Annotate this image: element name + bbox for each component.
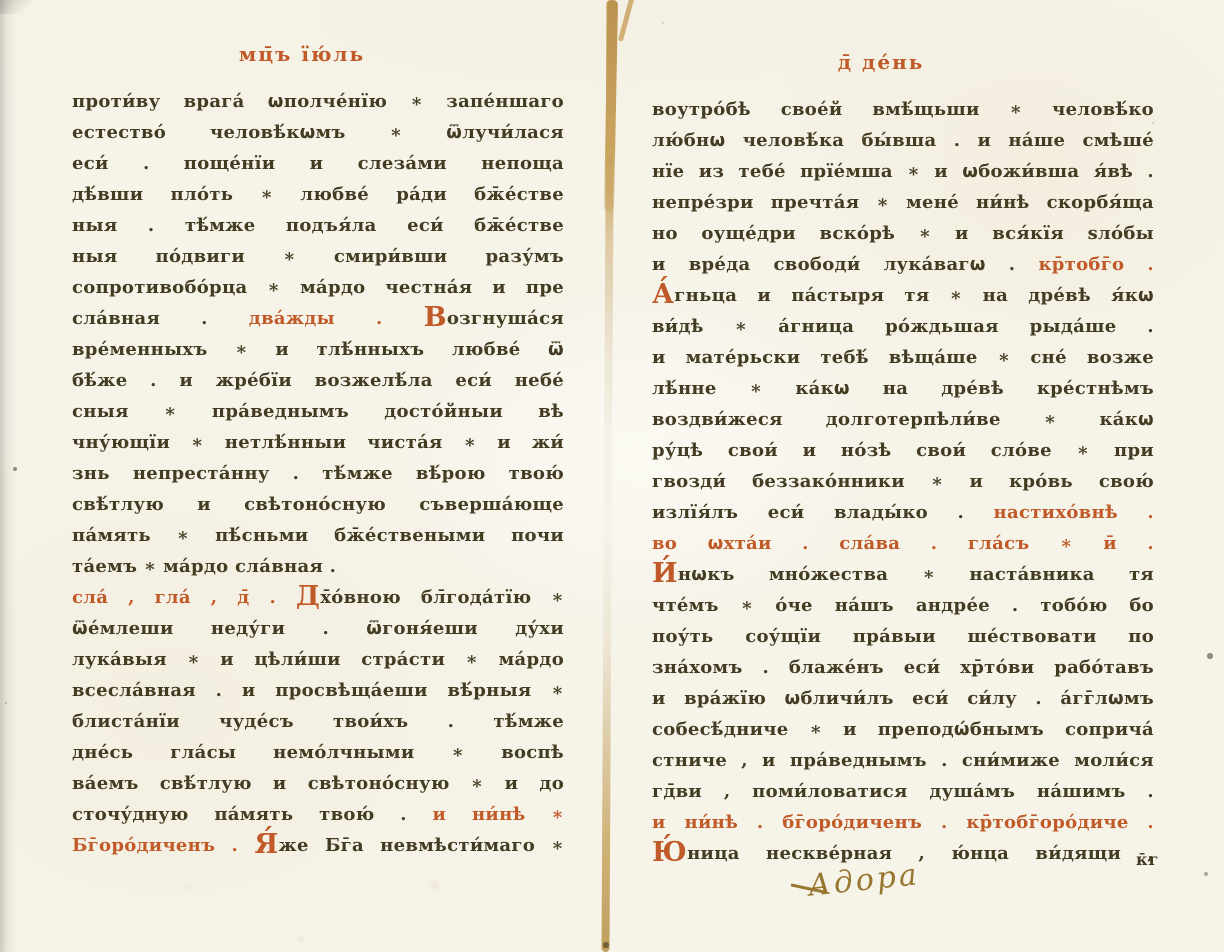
text-line: дѣ́вши пло́ть ∗ любве́ ра́ди бж̄е́стве: [72, 179, 564, 210]
text-line: естество́ человѣ́кѡмъ ∗ ѿлучи́лася: [72, 117, 564, 148]
paper-specks: [0, 0, 2, 2]
binding-crease-fork: [618, 0, 635, 42]
body-text: чте́мъ ∗ о́че на́шъ андре́е . тобо́ю бо: [652, 595, 1154, 616]
body-text: чну́ющїи ∗ нетлѣ́нныи чиста́я ∗ и жи́: [72, 432, 564, 453]
body-text: знь непреста́нну . тѣ́мже вѣ́рою твою́: [72, 463, 564, 484]
rubric-text: настихо́внѣ .: [994, 502, 1154, 523]
rubric-text: во ѡхта́и . сла́ва . гла́съ ∗ ӣ .: [652, 533, 1154, 554]
text-line: всесла́вная . и просвѣща́еши вѣ́рныя ∗: [72, 675, 564, 706]
body-text: па́мять ∗ пѣ́сньми бж̄е́ствеными почи: [72, 525, 564, 546]
rubric-initial: Д: [296, 581, 320, 612]
body-text: собесѣ́дниче ∗ и преподѡ́бнымъ соприча́: [652, 719, 1154, 740]
rubric-initial: Я́: [254, 829, 278, 860]
body-text: естество́ человѣ́кѡмъ ∗ ѿлучи́лася: [72, 122, 564, 143]
body-text: лука́выя ∗ и цѣли́ши стра́сти ∗ ма́рдо: [72, 649, 564, 670]
body-text: ва́емъ свѣ́тлую и свѣтоно́сную ∗ и до: [72, 773, 564, 794]
body-text: и вра́жїю ѡбличи́лъ еси́ си́лу . а́гг̄лѡ…: [652, 688, 1154, 709]
rubric-text: Бг̄оро́диченъ .: [72, 835, 254, 856]
right-page: д̄ де́нь воутро́бѣ свое́й вмѣ́щьши ∗ чел…: [652, 0, 1154, 952]
text-line: нїе из тебе́ прїе́мша ∗ и ѡбожи́вша я́вѣ…: [652, 156, 1154, 187]
left-running-head: мц̄ъ їю́ль: [56, 42, 548, 66]
text-line: дне́сь гла́сы немо́лчными ∗ воспѣ: [72, 737, 564, 768]
text-line: вре́менныхъ ∗ и тлѣ́нныхъ любве́ ѿ: [72, 334, 564, 365]
text-line: собесѣ́дниче ∗ и преподѡ́бнымъ соприча́: [652, 714, 1154, 745]
book-scan: мц̄ъ їю́ль проти́ву врага́ ѡполче́нїю ∗ …: [0, 0, 1224, 952]
body-text: та́емъ ∗ ма́рдо сла́вная .: [72, 556, 336, 577]
body-text: бѣ́же . и жре́бїи возжелѣ́ла еси́ небе́: [72, 370, 564, 391]
body-text: но оуще́дри вско́рѣ ∗ и вся́кїя ѕло́бы: [652, 223, 1154, 244]
body-text: дне́сь гла́сы немо́лчными ∗ воспѣ: [72, 742, 564, 763]
body-text: х̄о́вною бл̄года́тїю ∗: [320, 587, 564, 608]
body-text: нѡкъ мно́жества ∗ наста́вника тя: [678, 564, 1154, 585]
rubric-text: и ни́нѣ ∗: [433, 804, 564, 825]
left-text-block: проти́ву врага́ ѡполче́нїю ∗ запе́ншагое…: [72, 86, 564, 861]
text-line: и вре́да свободи́ лука́вагѡ . кр̄тобг̄о …: [652, 249, 1154, 280]
text-line: па́мять ∗ пѣ́сньми бж̄е́ствеными почи: [72, 520, 564, 551]
left-page: мц̄ъ їю́ль проти́ву врага́ ѡполче́нїю ∗ …: [72, 0, 564, 952]
text-line: воздви́жеся долготерпѣли́ве ∗ ка́кѡ: [652, 404, 1154, 435]
text-line: еси́ . поще́нїи и слеза́ми непоща: [72, 148, 564, 179]
body-text: нїе из тебе́ прїе́мша ∗ и ѡбожи́вша я́вѣ…: [652, 161, 1154, 182]
text-line: ва́емъ свѣ́тлую и свѣтоно́сную ∗ и до: [72, 768, 564, 799]
text-line: та́емъ ∗ ма́рдо сла́вная .: [72, 551, 564, 582]
right-running-head: д̄ де́нь: [630, 50, 1132, 74]
text-line: сла́ , гла́ , д̄ . Дх̄о́вною бл̄года́тїю…: [72, 582, 564, 613]
body-text: гвозди́ беззако́нники ∗ и кро́вь свою́: [652, 471, 1154, 492]
body-text: всесла́вная . и просвѣща́еши вѣ́рныя ∗: [72, 680, 564, 701]
body-text: поу́ть соу́щїи пра́выи ше́ствовати по: [652, 626, 1154, 647]
text-line: во ѡхта́и . сла́ва . гла́съ ∗ ӣ .: [652, 528, 1154, 559]
text-line: и вра́жїю ѡбличи́лъ еси́ си́лу . а́гг̄лѡ…: [652, 683, 1154, 714]
body-text: еси́ . поще́нїи и слеза́ми непоща: [72, 153, 564, 174]
text-line: чну́ющїи ∗ нетлѣ́нныи чиста́я ∗ и жи́: [72, 427, 564, 458]
folio-number: к̄г: [1136, 850, 1159, 869]
body-text: и мате́рьски тебѣ́ вѣща́ше ∗ сне́ возже: [652, 347, 1154, 368]
body-text: вре́менныхъ ∗ и тлѣ́нныхъ любве́ ѿ: [72, 339, 564, 360]
body-text: проти́ву врага́ ѡполче́нїю ∗ запе́ншаго: [72, 91, 564, 112]
text-line: поу́ть соу́щїи пра́выи ше́ствовати по: [652, 621, 1154, 652]
body-text: воздви́жеся долготерпѣли́ве ∗ ка́кѡ: [652, 409, 1154, 430]
text-line: А́гньца и па́стыря тя ∗ на дре́вѣ я́кѡ: [652, 280, 1154, 311]
text-line: ныя . тѣ́мже подъя́ла еси́ бж̄е́стве: [72, 210, 564, 241]
rubric-text: и ни́нѣ . бг̄оро́диченъ . кр̄тобг̄оро́ди…: [652, 812, 1154, 833]
body-text: ви́дѣ ∗ а́гница ро́ждьшая рыда́ше .: [652, 316, 1154, 337]
text-line: сла́вная . два́жды . Возгнуша́ся: [72, 303, 564, 334]
rubric-initial: А́: [652, 279, 674, 310]
body-text: свѣ́тлую и свѣтоно́сную съверша́юще: [72, 494, 564, 515]
text-line: непре́зри пречта́я ∗ мене́ ни́нѣ скорбя́…: [652, 187, 1154, 218]
body-text: лѣ́нне ∗ ка́кѡ на дре́вѣ кре́стнѣмъ: [652, 378, 1154, 399]
text-line: Бг̄оро́диченъ . Я́же Бг̄а невмѣсти́маго …: [72, 830, 564, 861]
body-text: ѿе́млеши неду́ги . ѿгоня́еши ду́хи: [72, 618, 564, 639]
body-text: ныя . тѣ́мже подъя́ла еси́ бж̄е́стве: [72, 215, 564, 236]
text-line: чте́мъ ∗ о́че на́шъ андре́е . тобо́ю бо: [652, 590, 1154, 621]
right-text-block: воутро́бѣ свое́й вмѣ́щьши ∗ человѣ́колю́…: [652, 94, 1154, 869]
body-text: сточу́дную па́мять твою́ .: [72, 804, 433, 825]
text-line: сныя ∗ пра́веднымъ досто́йныи вѣ: [72, 396, 564, 427]
rubric-initial: И́: [652, 558, 678, 589]
text-line: ѿе́млеши неду́ги . ѿгоня́еши ду́хи: [72, 613, 564, 644]
body-text: и вре́да свободи́ лука́вагѡ .: [652, 254, 1038, 275]
text-line: сточу́дную па́мять твою́ . и ни́нѣ ∗: [72, 799, 564, 830]
rubric-text: сла́ , гла́ , д̄ .: [72, 587, 296, 608]
text-line: И́нѡкъ мно́жества ∗ наста́вника тя: [652, 559, 1154, 590]
text-line: воутро́бѣ свое́й вмѣ́щьши ∗ человѣ́ко: [652, 94, 1154, 125]
body-text: озгнуша́ся: [447, 308, 564, 329]
text-line: проти́ву врага́ ѡполче́нїю ∗ запе́ншаго: [72, 86, 564, 117]
text-line: зна́хомъ . блаже́нъ еси́ хр̄то́ви рабо́т…: [652, 652, 1154, 683]
body-text: стниче , и пра́веднымъ . сни́миже моли́с…: [652, 750, 1154, 771]
body-text: дѣ́вши пло́ть ∗ любве́ ра́ди бж̄е́стве: [72, 184, 564, 205]
body-text: сныя ∗ пра́веднымъ досто́йныи вѣ: [72, 401, 564, 422]
text-line: но оуще́дри вско́рѣ ∗ и вся́кїя ѕло́бы: [652, 218, 1154, 249]
body-text: блиста́нїи чуде́съ твои́хъ . тѣ́мже: [72, 711, 564, 732]
body-text: излїя́лъ еси́ влады́ко .: [652, 502, 994, 523]
body-text: ныя по́двиги ∗ смири́вши разу́мъ: [72, 246, 564, 267]
text-line: блиста́нїи чуде́съ твои́хъ . тѣ́мже: [72, 706, 564, 737]
text-line: сопротивобо́рца ∗ ма́рдо честна́я и пре: [72, 272, 564, 303]
text-line: лѣ́нне ∗ ка́кѡ на дре́вѣ кре́стнѣмъ: [652, 373, 1154, 404]
scan-corner-shadow: [0, 0, 40, 14]
body-text: зна́хомъ . блаже́нъ еси́ хр̄то́ви рабо́т…: [652, 657, 1154, 678]
text-line: свѣ́тлую и свѣтоно́сную съверша́юще: [72, 489, 564, 520]
rubric-initial: Ю́: [652, 837, 687, 868]
body-text: сопротивобо́рца ∗ ма́рдо честна́я и пре: [72, 277, 564, 298]
body-text: гд̄ви , поми́ловатися душа́мъ на́шимъ .: [652, 781, 1154, 802]
text-line: гвозди́ беззако́нники ∗ и кро́вь свою́: [652, 466, 1154, 497]
rubric-text: кр̄тобг̄о .: [1038, 254, 1154, 275]
rubric-initial: В: [424, 302, 447, 333]
body-text: гньца и па́стыря тя ∗ на дре́вѣ я́кѡ: [674, 285, 1154, 306]
text-line: стниче , и пра́веднымъ . сни́миже моли́с…: [652, 745, 1154, 776]
text-line: излїя́лъ еси́ влады́ко . настихо́внѣ .: [652, 497, 1154, 528]
body-text: ру́цѣ свои́ и но́зѣ свои́ сло́ве ∗ при: [652, 440, 1154, 461]
body-text: сла́вная .: [72, 308, 249, 329]
scan-left-edge-shadow: [0, 0, 16, 952]
text-line: ру́цѣ свои́ и но́зѣ свои́ сло́ве ∗ при: [652, 435, 1154, 466]
text-line: ныя по́двиги ∗ смири́вши разу́мъ: [72, 241, 564, 272]
text-line: знь непреста́нну . тѣ́мже вѣ́рою твою́: [72, 458, 564, 489]
text-line: гд̄ви , поми́ловатися душа́мъ на́шимъ .: [652, 776, 1154, 807]
body-text: лю́бнѡ человѣ́ка бы́вша . и на́ше смѣше́: [652, 130, 1154, 151]
text-line: бѣ́же . и жре́бїи возжелѣ́ла еси́ небе́: [72, 365, 564, 396]
text-line: и мате́рьски тебѣ́ вѣща́ше ∗ сне́ возже: [652, 342, 1154, 373]
text-line: и ни́нѣ . бг̄оро́диченъ . кр̄тобг̄оро́ди…: [652, 807, 1154, 838]
text-line: лука́выя ∗ и цѣли́ши стра́сти ∗ ма́рдо: [72, 644, 564, 675]
text-line: ви́дѣ ∗ а́гница ро́ждьшая рыда́ше .: [652, 311, 1154, 342]
body-text: непре́зри пречта́я ∗ мене́ ни́нѣ скорбя́…: [652, 192, 1154, 213]
body-text: ница нескве́рная , ю́нца ви́дящи ,: [687, 843, 1154, 864]
body-text: же Бг̄а невмѣсти́маго ∗: [278, 835, 564, 856]
body-text: воутро́бѣ свое́й вмѣ́щьши ∗ человѣ́ко: [652, 99, 1154, 120]
rubric-text: два́жды .: [249, 308, 424, 329]
text-line: лю́бнѡ человѣ́ка бы́вша . и на́ше смѣше́: [652, 125, 1154, 156]
